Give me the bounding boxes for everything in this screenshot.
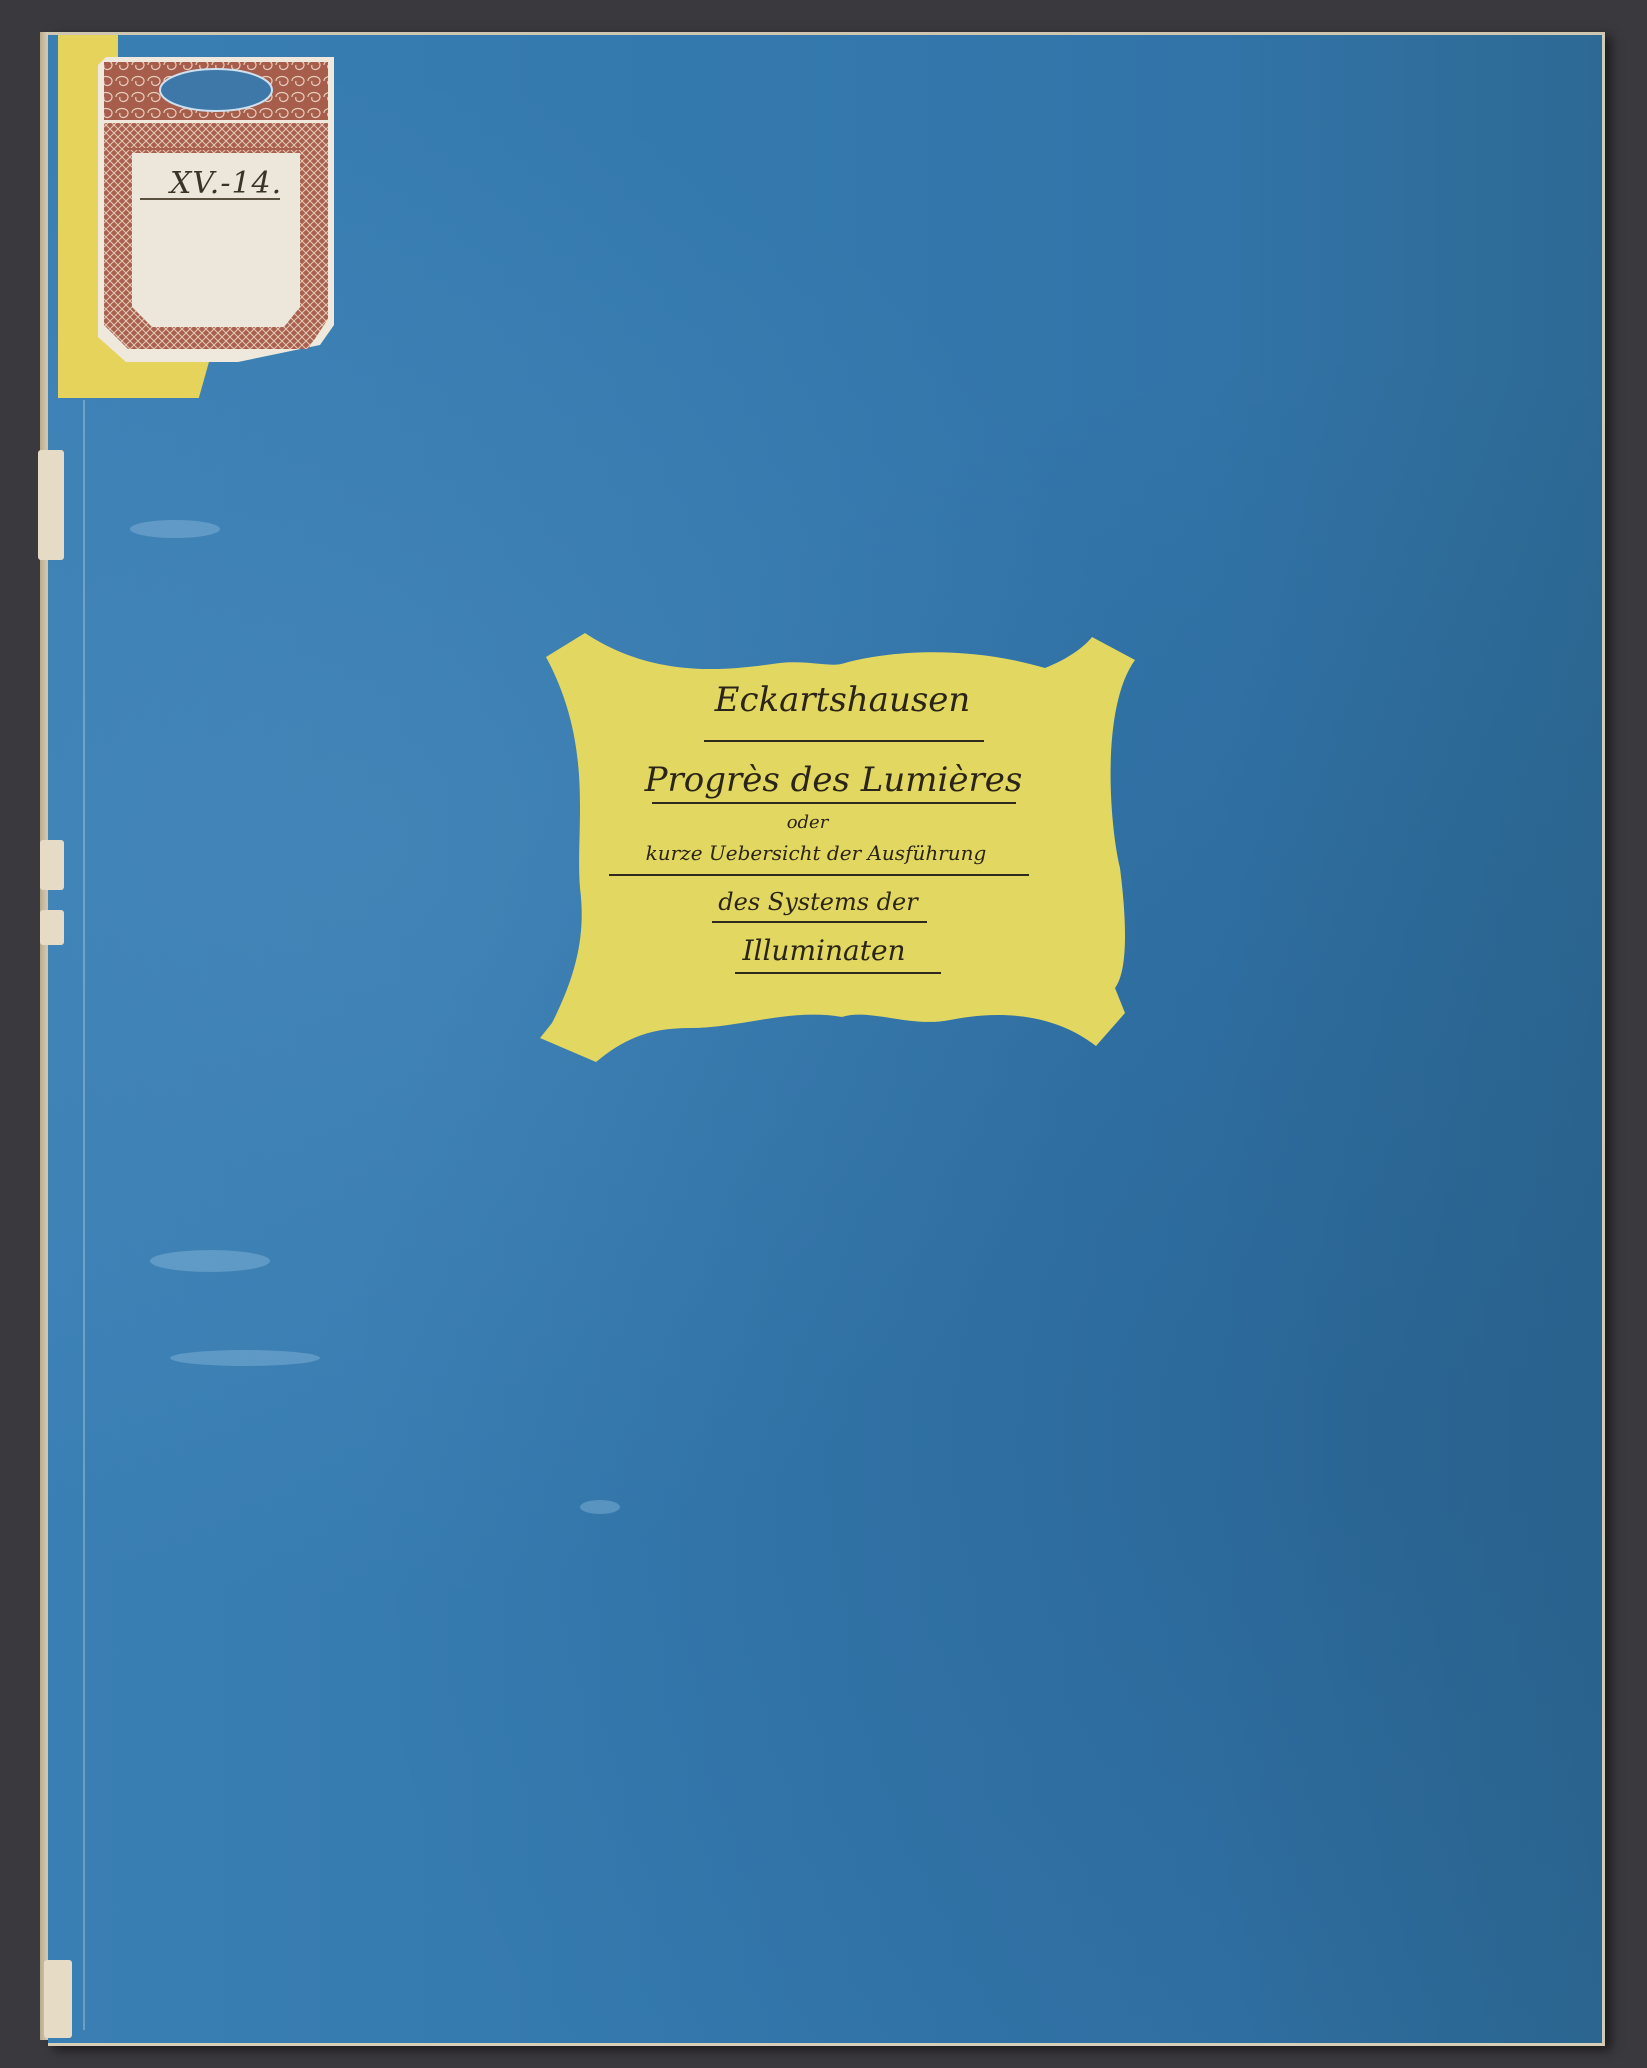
surface-wear	[130, 520, 220, 538]
subtitle-line-1: kurze Uebersicht der Ausführung	[600, 841, 1032, 865]
shelfmark-number: XV.-14.	[170, 166, 282, 201]
underline	[735, 972, 941, 974]
subtitle-line-2: des Systems der	[705, 888, 931, 916]
spine-fold-line	[83, 400, 85, 2030]
conjunction: oder	[770, 812, 845, 833]
surface-wear	[150, 1250, 270, 1272]
underline	[704, 740, 984, 742]
surface-wear	[170, 1350, 320, 1366]
spine-tear	[40, 910, 64, 945]
surface-wear	[580, 1500, 620, 1514]
underline	[609, 874, 1029, 876]
spine-tear	[44, 1960, 72, 2038]
spine-tear	[38, 450, 64, 560]
library-shelfmark-label	[98, 57, 334, 362]
shelfmark-underline	[140, 198, 280, 200]
spine-tear	[40, 840, 64, 890]
author-name: Eckartshausen	[700, 680, 985, 720]
work-title: Progrès des Lumières	[641, 760, 1026, 800]
underline	[652, 802, 1016, 804]
subtitle-line-3: Illuminaten	[704, 934, 944, 967]
underline	[712, 921, 927, 923]
